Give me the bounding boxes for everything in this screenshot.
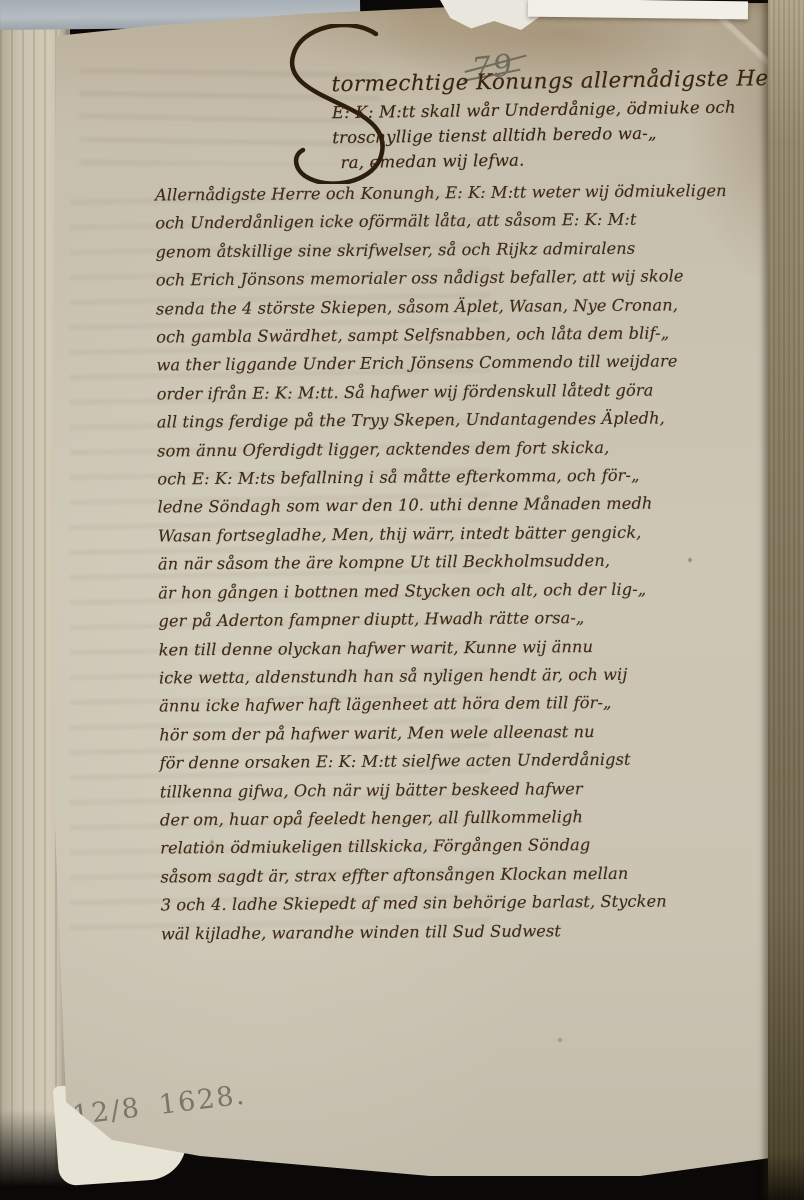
salutation-line: ra, emedan wij lefwa. <box>340 144 792 175</box>
letter-salutation: tormechtige Konungs allernådigste Herre,… <box>331 63 792 175</box>
archival-pencil-date: 12/8 1628. <box>71 1079 248 1131</box>
body-line: wäl kijladhe, warandhe winden till Sud S… <box>161 915 789 948</box>
manuscript-page: 12. Augustj. 628. ja 79 6. tormechtige K… <box>0 0 804 1200</box>
book-block-edge <box>768 0 804 1200</box>
paper-slip-tab <box>528 0 748 19</box>
photographed-manuscript: 12. Augustj. 628. ja 79 6. tormechtige K… <box>0 0 804 1200</box>
letter-body: Allernådigste Herre och Konungh, E: K: M… <box>155 177 789 949</box>
body-line: Allernådigste Herre och Konungh, E: K: M… <box>155 177 783 210</box>
